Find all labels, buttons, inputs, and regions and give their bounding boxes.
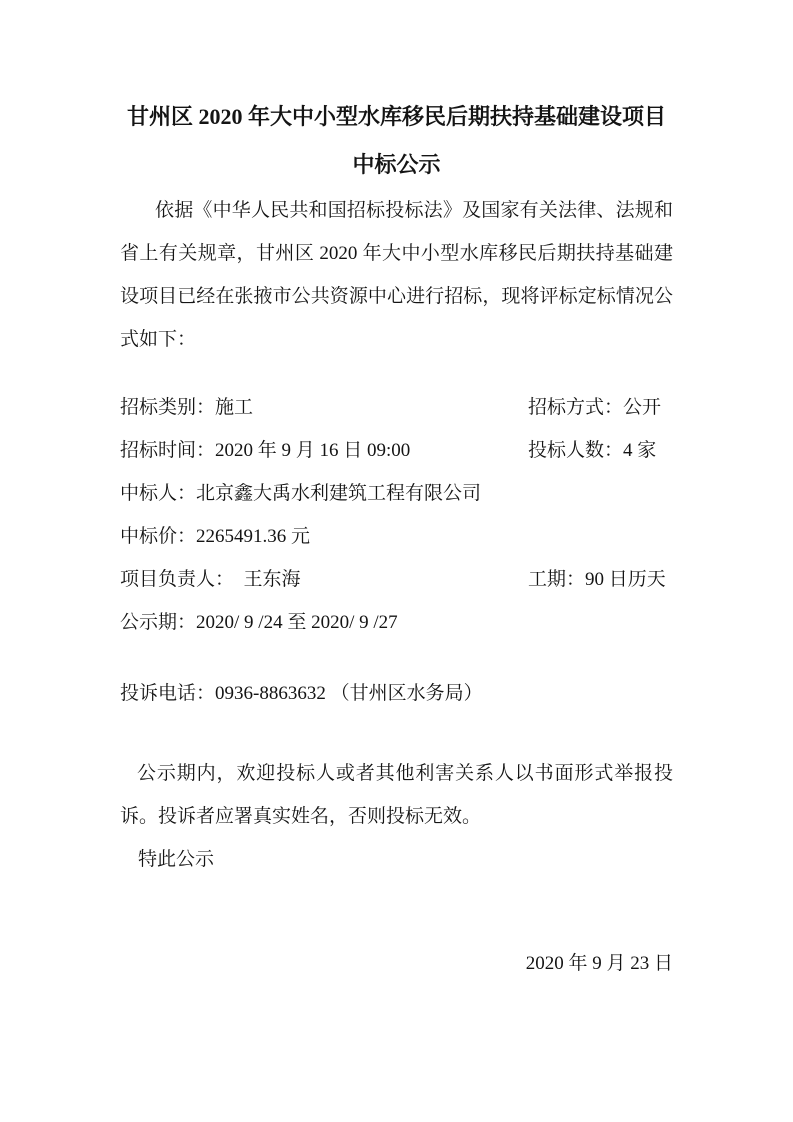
field-value: 2020 年 9 月 16 日 09:00: [215, 440, 410, 461]
title-line-1: 甘州区 2020 年大中小型水库移民后期扶持基础建设项目: [120, 93, 673, 141]
title-line-2: 中标公示: [120, 141, 673, 189]
closing-paragraph: 公示期内，欢迎投标人或者其他利害关系人以书面形式举报投诉。投诉者应署真实姓名，否…: [120, 752, 673, 838]
field-label: 投标人数：: [528, 440, 623, 461]
field-row-publicity-period: 公示期：2020/ 9 /24 至 2020/ 9 /27: [120, 601, 673, 644]
field-value: 90 日历天: [585, 569, 666, 590]
field-row-bid-category: 招标类别：施工 招标方式：公开: [120, 386, 673, 429]
field-label: 中标价：: [120, 526, 196, 547]
field-label: 投诉电话：: [120, 683, 215, 704]
field-value: 2265491.36 元: [196, 526, 310, 547]
field-value: 王东海: [225, 569, 301, 590]
field-value: 2020/ 9 /24 至 2020/ 9 /27: [196, 612, 398, 633]
document-date: 2020 年 9 月 23 日: [120, 942, 673, 985]
field-label: 招标方式：: [528, 397, 623, 418]
field-value: 施工: [215, 397, 253, 418]
field-col2: 工期：90 日历天: [528, 558, 666, 601]
announcement-content: 甘州区 2020 年大中小型水库移民后期扶持基础建设项目 中标公示 依据《中华人…: [0, 0, 793, 985]
field-row-price: 中标价：2265491.36 元: [120, 515, 673, 558]
complaint-phone-line: 投诉电话：0936-8863632 （甘州区水务局）: [120, 672, 673, 715]
field-label: 中标人：: [120, 483, 196, 504]
fields-section: 招标类别：施工 招标方式：公开 招标时间：2020 年 9 月 16 日 09:…: [120, 386, 673, 644]
announcement-page: 甘州区 2020 年大中小型水库移民后期扶持基础建设项目 中标公示 依据《中华人…: [0, 0, 793, 1122]
closing-statement: 特此公示: [120, 838, 673, 881]
field-row-winner: 中标人：北京鑫大禹水利建筑工程有限公司: [120, 472, 673, 515]
field-label: 公示期：: [120, 612, 196, 633]
field-label: 招标时间：: [120, 440, 215, 461]
field-col2: 招标方式：公开: [528, 386, 661, 429]
field-row-bid-time: 招标时间：2020 年 9 月 16 日 09:00 投标人数：4 家: [120, 429, 673, 472]
field-value: 北京鑫大禹水利建筑工程有限公司: [196, 483, 481, 504]
intro-paragraph: 依据《中华人民共和国招标投标法》及国家有关法律、法规和省上有关规章，甘州区 20…: [120, 189, 673, 361]
field-value: 0936-8863632 （甘州区水务局）: [215, 683, 483, 704]
field-label: 招标类别：: [120, 397, 215, 418]
field-col2: 投标人数：4 家: [528, 429, 656, 472]
document-title: 甘州区 2020 年大中小型水库移民后期扶持基础建设项目 中标公示: [120, 93, 673, 189]
field-label: 工期：: [528, 569, 585, 590]
field-row-manager: 项目负责人： 王东海 工期：90 日历天: [120, 558, 673, 601]
field-value: 公开: [623, 397, 661, 418]
field-value: 4 家: [623, 440, 656, 461]
field-label: 项目负责人：: [120, 569, 225, 590]
